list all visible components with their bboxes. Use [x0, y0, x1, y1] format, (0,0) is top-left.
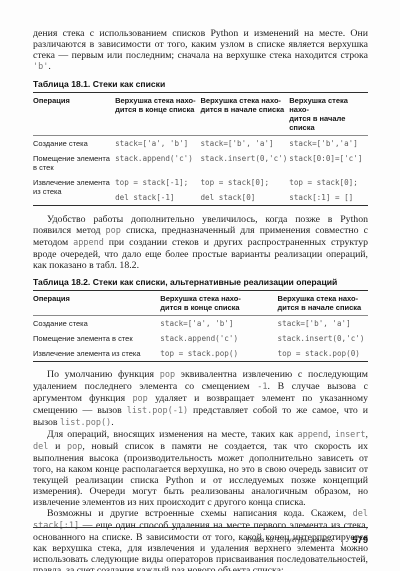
code-cell: top = stack.pop(0): [278, 346, 368, 362]
footer-divider: [342, 535, 343, 546]
code-line: stack=['b', 'a']: [278, 319, 366, 328]
code-cell: stack=['a', 'b']: [160, 316, 277, 332]
inline-code: insert: [335, 430, 366, 440]
inline-code: list.pop(): [60, 418, 111, 428]
book-page: дения стека с использованием списков Pyt…: [0, 0, 400, 571]
code-line: stack=['a', 'b']: [115, 139, 198, 148]
code-cell: stack.append('c'): [160, 331, 277, 346]
paragraph-pop-history: Удобство работы дополнительно увеличилос…: [33, 214, 368, 271]
code-line: stack.append('c'): [160, 334, 275, 343]
column-header-operation: Операция: [33, 291, 160, 316]
code-cell: stack=['a', 'b']: [115, 136, 200, 152]
inline-code: pop: [160, 370, 175, 380]
inline-code: pop: [106, 226, 121, 236]
paragraph-inplace-ops: Для операций, вносящих изменения на мест…: [33, 429, 368, 508]
inline-code: append: [297, 430, 328, 440]
operation-label: Извлечение элемента из стека: [33, 175, 115, 206]
text-run: .: [111, 417, 113, 428]
code-cell: stack.append('c'): [115, 151, 200, 175]
text-run: ,: [328, 429, 335, 440]
inline-code: -1: [257, 382, 267, 392]
code-cell: stack=['b','a']: [289, 136, 368, 152]
text-run: , новый список в памяти не создается, та…: [33, 441, 368, 508]
code-line: stack=['b','a']: [289, 139, 366, 148]
inline-code: 'b': [33, 62, 48, 72]
code-cell: stack.insert(0,'c'): [200, 151, 289, 175]
chapter-label: Глава 18. Структуры данных: [247, 537, 333, 544]
code-line: stack=['a', 'b']: [160, 319, 275, 328]
column-header-top-at-end: Верхушка стека нахо- дится в конце списк…: [160, 291, 277, 316]
code-cell: stack.insert(0,'c'): [278, 331, 368, 346]
code-line: del stack[0]: [200, 193, 287, 202]
inline-code: pop: [67, 442, 82, 452]
text-run: и: [48, 441, 67, 452]
operation-label: Создание стека: [33, 136, 115, 152]
text-run: По умолчанию функция: [47, 369, 160, 380]
inline-code: list.pop(-1): [127, 406, 188, 416]
table-row: Извлечение элемента из стека top = stack…: [33, 175, 368, 206]
code-line: top = stack[0];: [200, 178, 287, 187]
column-header-top-at-start: Верхушка стека нахо- дится в начале спис…: [278, 291, 368, 316]
code-cell: top = stack.pop(): [160, 346, 277, 362]
code-line: stack[0:0]=['c']: [289, 154, 366, 163]
table-row: Помещение элемента в стек stack.append('…: [33, 331, 368, 346]
code-line: stack.insert(0,'c'): [278, 334, 366, 343]
code-cell: stack=['b', 'a']: [278, 316, 368, 332]
page-number: 579: [352, 535, 368, 546]
table2-caption: Таблица 18.2. Стеки как списки, альтерна…: [33, 277, 368, 287]
inline-code: append: [73, 238, 104, 248]
code-cell: stack[0:0]=['c']: [289, 151, 368, 175]
code-line: top = stack.pop(): [160, 349, 275, 358]
column-header-top-at-start-alt: Верхушка стека нахо- дится в начале спис…: [289, 93, 368, 136]
code-cell: top = stack[0]; stack[:1] = []: [289, 175, 368, 206]
code-line: del stack[-1]: [115, 193, 198, 202]
text-run: ,: [366, 429, 368, 440]
code-line: stack[:1] = []: [289, 193, 366, 202]
column-header-operation: Операция: [33, 93, 115, 136]
paragraph-intro: дения стека с использованием списков Pyt…: [33, 28, 368, 73]
table-row: Извлечение элемента из стека top = stack…: [33, 346, 368, 362]
inline-code: pop: [132, 394, 147, 404]
operation-label: Извлечение элемента из стека: [33, 346, 160, 362]
code-line: top = stack[0];: [289, 178, 366, 187]
operation-label: Помещение элемента в стек: [33, 151, 115, 175]
table-header-row: Операция Верхушка стека нахо- дится в ко…: [33, 93, 368, 136]
code-line: top = stack[-1];: [115, 178, 198, 187]
table-stacks-as-lists: Операция Верхушка стека нахо- дится в ко…: [33, 92, 368, 206]
operation-label: Создание стека: [33, 316, 160, 332]
table-row: Создание стека stack=['a', 'b'] stack=['…: [33, 136, 368, 152]
column-header-top-at-start: Верхушка стека нахо- дится в начале спис…: [200, 93, 289, 136]
code-line: stack.insert(0,'c'): [200, 154, 287, 163]
code-cell: top = stack[-1]; del stack[-1]: [115, 175, 200, 206]
table-row: Помещение элемента в стек stack.append('…: [33, 151, 368, 175]
table-stacks-alternative-ops: Операция Верхушка стека нахо- дится в ко…: [33, 290, 368, 362]
code-line: stack.append('c'): [115, 154, 198, 163]
page-footer: Глава 18. Структуры данных 579: [33, 527, 368, 546]
table-row: Создание стека stack=['a', 'b'] stack=['…: [33, 316, 368, 332]
text-run: .: [48, 61, 50, 72]
paragraph-pop-default: По умолчанию функция pop эквивалентна из…: [33, 369, 368, 429]
inline-code: del: [33, 442, 48, 452]
text-run: дения стека с использованием списков Pyt…: [33, 28, 368, 61]
text-run: Возможны и другие встроенные схемы напис…: [47, 508, 353, 519]
column-header-top-at-end: Верхушка стека нахо- дится в конце списк…: [115, 93, 200, 136]
code-cell: stack=['b', 'a']: [200, 136, 289, 152]
page-content: дения стека с использованием списков Pyt…: [33, 28, 368, 571]
code-cell: top = stack[0]; del stack[0]: [200, 175, 289, 206]
operation-label: Помещение элемента в стек: [33, 331, 160, 346]
code-line: stack=['b', 'a']: [200, 139, 287, 148]
table1-caption: Таблица 18.1. Стеки как списки: [33, 79, 368, 89]
table-header-row: Операция Верхушка стека нахо- дится в ко…: [33, 291, 368, 316]
code-line: top = stack.pop(0): [278, 349, 366, 358]
text-run: Для операций, вносящих изменения на мест…: [47, 429, 297, 440]
